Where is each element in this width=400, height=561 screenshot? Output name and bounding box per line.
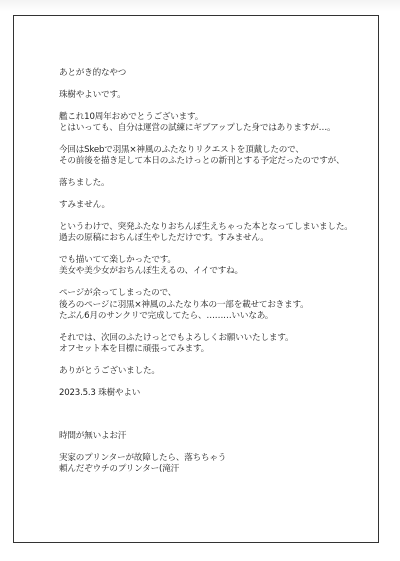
afterword-line: それでは、次回のふたけっとでもよろしくお願いいたします。 [59,333,293,344]
afterword-line: 美女や美少女がおちんぽ生えるの、イイですね。 [59,266,243,277]
afterword-line: ありがとうございました。 [59,366,160,377]
afterword-line: 頼んだぞウチのプリンター(滝汗 [59,464,179,475]
afterword-line: オフセット本を目標に頑張ってみます。 [59,344,209,355]
afterword-line: 落ちました。 [59,178,109,189]
afterword-line: たぶん6月のサンクリで完成してたら、………いいなあ。 [59,311,273,322]
afterword-line: 珠樹やよいです。 [59,90,125,101]
afterword-line: 後ろのページに羽黒×神風のふたなり本の一部を載せておきます。 [59,300,309,311]
afterword-line: すみません。 [59,200,110,211]
afterword-line: というわけで、突発ふたなりおちんぽ生えちゃった本となってしまいました。 [59,222,353,233]
afterword-line: 実家のプリンターが故障したら、落ちちゃう [59,453,226,464]
afterword-heading: あとがき的なやつ [59,68,126,79]
afterword-line: とはいっても、自分は運営の試練にギブアップした身ではありますが…。 [59,123,335,134]
afterword-line: 艦これ10周年おめでとうございます。 [59,112,203,123]
afterword-line: ページが余ってしまったので、 [59,288,176,299]
scan-top-shadow [0,0,400,12]
afterword-line: 今回はSkebで羽黒×神風のふたなりリクエストを頂戴したので、 [59,145,304,156]
afterword-line: その前後を描き足して本日のふたけっとの新刊とする予定だったのですが、 [59,156,344,167]
afterword-line: 2023.5.3 珠樹やよい [59,388,140,399]
afterword-line: 時間が無いよお汗 [59,431,126,442]
afterword-line: でも描いてて楽しかったです。 [59,255,176,266]
afterword-line: 過去の原稿におちんぽ生やしただけです。すみません。 [59,233,269,244]
